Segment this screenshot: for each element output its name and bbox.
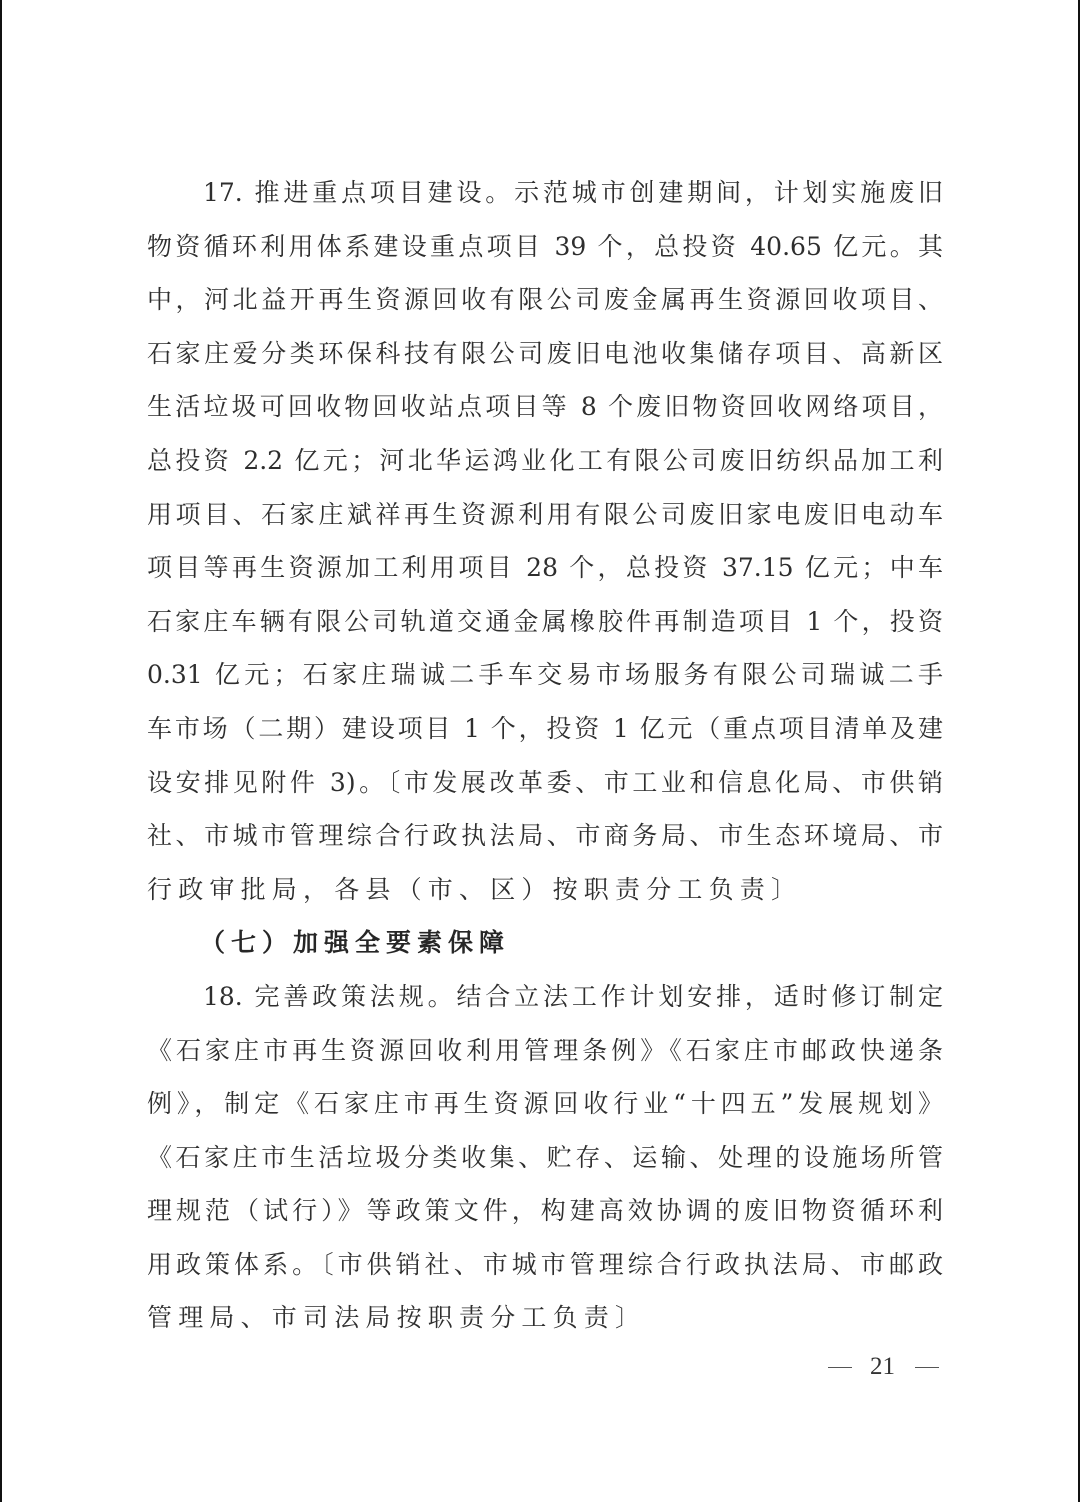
paragraph-line: 用项目、石家庄斌祥再生资源利用有限公司废旧家电废旧电动车: [147, 488, 943, 542]
paragraph-line: 石家庄车辆有限公司轨道交通金属橡胶件再制造项目 1 个，投资: [147, 595, 943, 649]
paragraph-line: 设安排见附件 3)。〔市发展改革委、市工业和信息化局、市供销: [147, 756, 943, 810]
dash-decoration-left: [828, 1367, 852, 1368]
text-column: 17. 推进重点项目建设。示范城市创建期间，计划实施废旧 物资循环利用体系建设重…: [147, 166, 943, 1345]
paragraph-line: 物资循环利用体系建设重点项目 39 个，总投资 40.65 亿元。其: [147, 220, 943, 274]
paragraph-line: 理规范（试行）》等政策文件，构建高效协调的废旧物资循环利: [147, 1184, 943, 1238]
paragraph-line: 行政审批局，各县（市、区）按职责分工负责〕: [147, 863, 943, 917]
paragraph-line: 《石家庄市生活垃圾分类收集、贮存、运输、处理的设施场所管: [147, 1131, 943, 1185]
paragraph-line: 中，河北益开再生资源回收有限公司废金属再生资源回收项目、: [147, 273, 943, 327]
paragraph-line: 用政策体系。〔市供销社、市城市管理综合行政执法局、市邮政: [147, 1238, 943, 1292]
paragraph-line: 石家庄爱分类环保科技有限公司废旧电池收集储存项目、高新区: [147, 327, 943, 381]
section-heading: （七）加强全要素保障: [147, 916, 943, 970]
dash-decoration-right: [915, 1367, 939, 1368]
paragraph-line: 社、市城市管理综合行政执法局、市商务局、市生态环境局、市: [147, 809, 943, 863]
paragraph-line: 生活垃圾可回收物回收站点项目等 8 个废旧物资回收网络项目，: [147, 380, 943, 434]
paragraph-line: 0.31 亿元；石家庄瑞诚二手车交易市场服务有限公司瑞诚二手: [147, 648, 943, 702]
paragraph-line: 管理局、市司法局按职责分工负责〕: [147, 1291, 943, 1345]
paragraph-line: 车市场（二期）建设项目 1 个，投资 1 亿元（重点项目清单及建: [147, 702, 943, 756]
paragraph-line: 项目等再生资源加工利用项目 28 个，总投资 37.15 亿元；中车: [147, 541, 943, 595]
paragraph-line: 18. 完善政策法规。结合立法工作计划安排，适时修订制定: [147, 970, 943, 1024]
paragraph-line: 《石家庄市再生资源回收利用管理条例》《石家庄市邮政快递条: [147, 1024, 943, 1078]
page-number: 21: [828, 1350, 939, 1384]
paragraph-line: 例》，制定《石家庄市再生资源回收行业“十四五”发展规划》: [147, 1077, 943, 1131]
paragraph-item-17: 17. 推进重点项目建设。示范城市创建期间，计划实施废旧 物资循环利用体系建设重…: [147, 166, 943, 916]
paragraph-item-18: 18. 完善政策法规。结合立法工作计划安排，适时修订制定 《石家庄市再生资源回收…: [147, 970, 943, 1345]
paragraph-line: 17. 推进重点项目建设。示范城市创建期间，计划实施废旧: [147, 166, 943, 220]
page-number-value: 21: [870, 1350, 895, 1384]
document-page: 17. 推进重点项目建设。示范城市创建期间，计划实施废旧 物资循环利用体系建设重…: [0, 0, 1080, 1502]
paragraph-line: 总投资 2.2 亿元；河北华运鸿业化工有限公司废旧纺织品加工利: [147, 434, 943, 488]
